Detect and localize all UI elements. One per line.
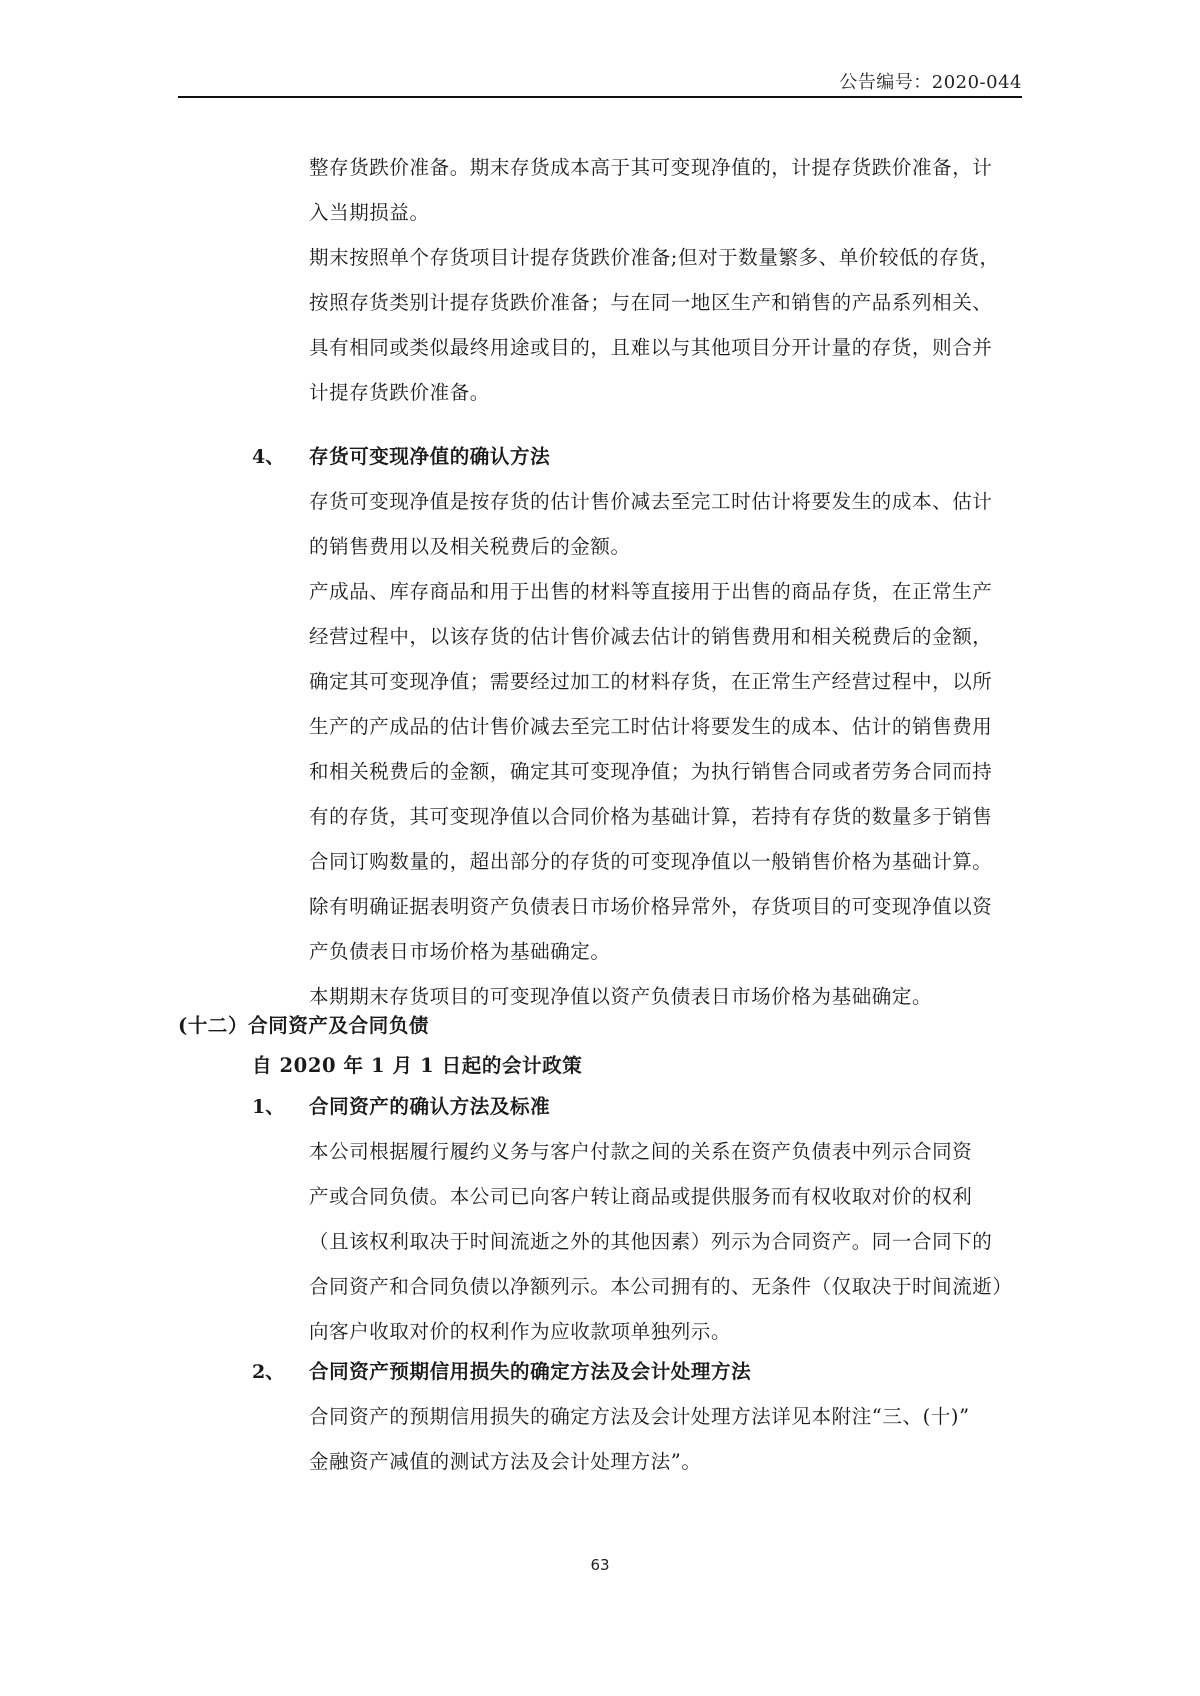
- item-heading: 存货可变现净值的确认方法: [309, 441, 550, 469]
- body-line: 期末按照单个存货项目计提存货跌价准备;但对于数量繁多、单价较低的存货，: [309, 242, 1000, 270]
- header-divider: [178, 96, 1022, 98]
- body-line: 计提存货跌价准备。: [309, 377, 490, 405]
- body-line: 产负债表日市场价格为基础确定。: [309, 936, 611, 964]
- body-line: 金融资产减值的测试方法及会计处理方法”。: [309, 1446, 701, 1474]
- body-line: 合同订购数量的，超出部分的存货的可变现净值以一般销售价格为基础计算。: [309, 846, 992, 874]
- body-line: 经营过程中，以该存货的估计售价减去估计的销售费用和相关税费后的金额，: [309, 621, 992, 649]
- item-heading: 合同资产预期信用损失的确定方法及会计处理方法: [309, 1356, 751, 1384]
- item-number: 2、: [252, 1357, 284, 1384]
- page-number: 63: [0, 1556, 1200, 1574]
- item-heading: 合同资产的确认方法及标准: [309, 1091, 550, 1119]
- body-line: 本公司根据履行履约义务与客户付款之间的关系在资产负债表中列示合同资: [309, 1136, 972, 1164]
- item-number: 1、: [252, 1092, 284, 1119]
- body-line: 存货可变现净值是按存货的估计售价减去至完工时估计将要发生的成本、估计: [309, 486, 992, 514]
- announcement-number: 公告编号：2020-044: [839, 68, 1022, 94]
- body-line: 向客户收取对价的权利作为应收款项单独列示。: [309, 1316, 731, 1344]
- section-subtitle: 自 2020 年 1 月 1 日起的会计政策: [252, 1050, 582, 1078]
- body-line: 合同资产和合同负债以净额列示。本公司拥有的、无条件（仅取决于时间流逝）: [309, 1271, 1013, 1299]
- body-line: 本期期末存货项目的可变现净值以资产负债表日市场价格为基础确定。: [309, 981, 932, 1009]
- body-line: 产或合同负债。本公司已向客户转让商品或提供服务而有权收取对价的权利: [309, 1181, 972, 1209]
- body-line: 生产的产成品的估计售价减去至完工时估计将要发生的成本、估计的销售费用: [309, 711, 992, 739]
- body-line: 的销售费用以及相关税费后的金额。: [309, 531, 631, 559]
- body-line: 产成品、库存商品和用于出售的材料等直接用于出售的商品存货，在正常生产: [309, 576, 992, 604]
- section-heading: (十二）合同资产及合同负债: [178, 1010, 429, 1038]
- body-line: 按照存货类别计提存货跌价准备；与在同一地区生产和销售的产品系列相关、: [309, 287, 992, 315]
- body-line: 和相关税费后的金额，确定其可变现净值；为执行销售合同或者劳务合同而持: [309, 756, 992, 784]
- body-line: 具有相同或类似最终用途或目的，且难以与其他项目分开计量的存货，则合并: [309, 332, 992, 360]
- item-number: 4、: [252, 442, 284, 469]
- body-line: 整存货跌价准备。期末存货成本高于其可变现净值的，计提存货跌价准备，计: [309, 152, 992, 180]
- body-line: 入当期损益。: [309, 197, 430, 225]
- body-line: 有的存货，其可变现净值以合同价格为基础计算，若持有存货的数量多于销售: [309, 801, 992, 829]
- body-line: 确定其可变现净值；需要经过加工的材料存货，在正常生产经营过程中，以所: [309, 666, 992, 694]
- body-line: 合同资产的预期信用损失的确定方法及会计处理方法详见本附注“三、(十)”: [309, 1401, 970, 1429]
- body-line: （且该权利取决于时间流逝之外的其他因素）列示为合同资产。同一合同下的: [309, 1226, 992, 1254]
- body-line: 除有明确证据表明资产负债表日市场价格异常外，存货项目的可变现净值以资: [309, 891, 992, 919]
